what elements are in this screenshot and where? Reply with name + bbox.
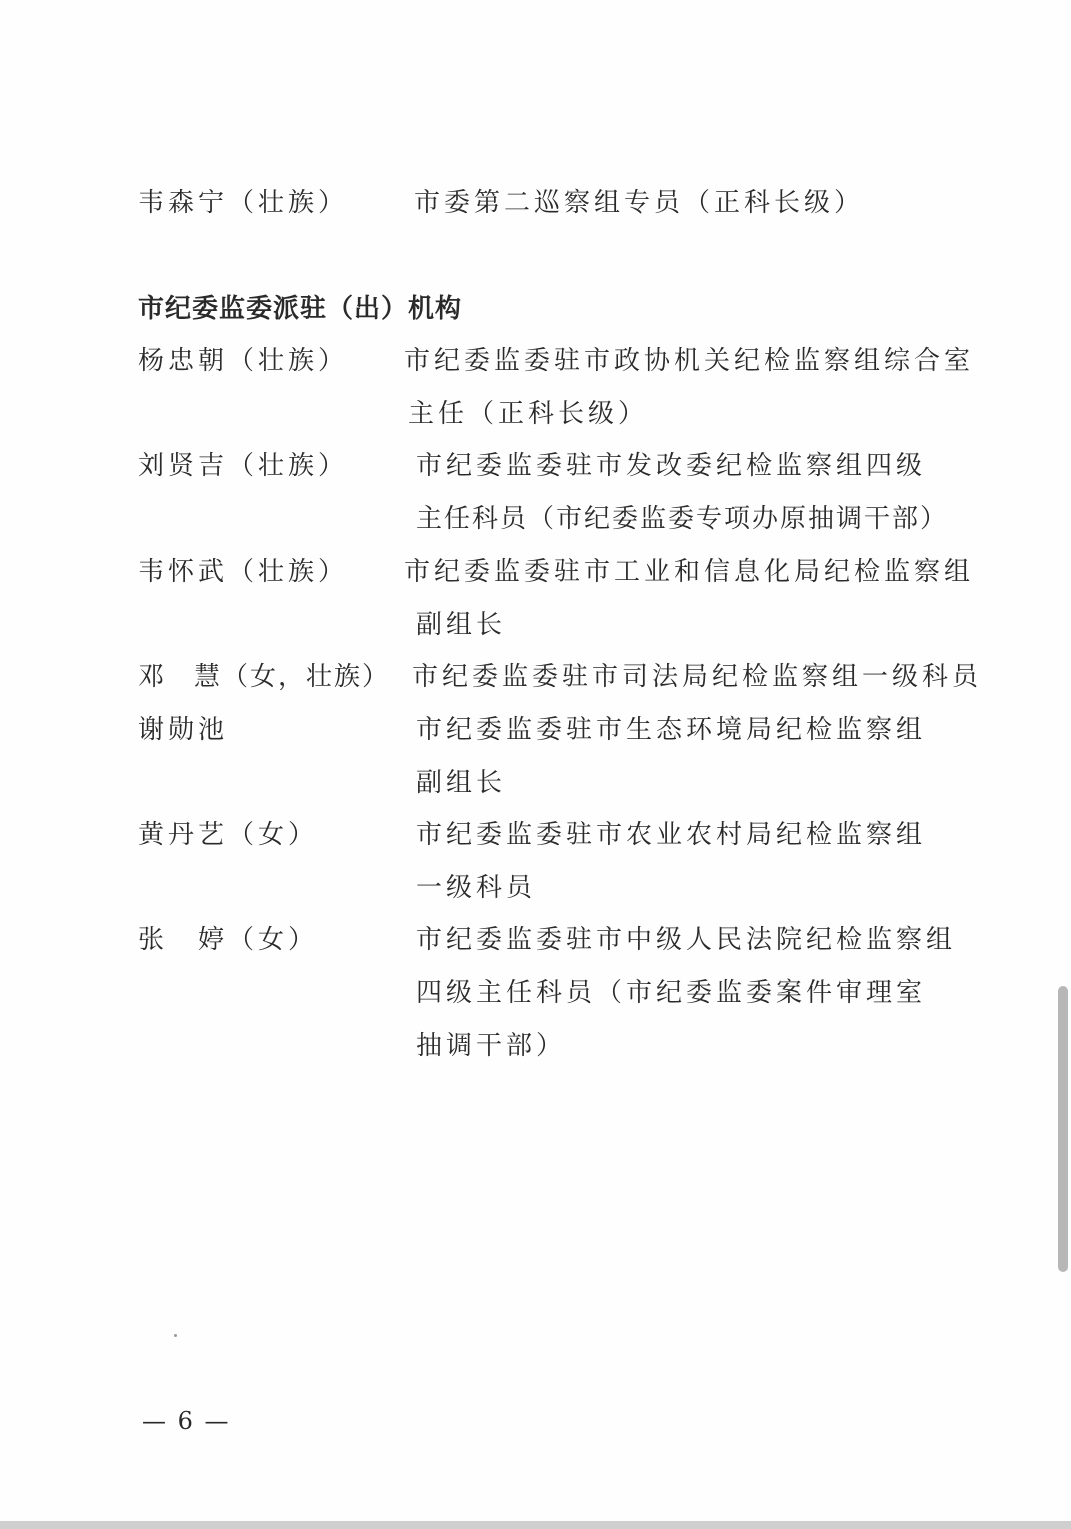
top-entry-name: 韦森宁（壮族） — [138, 186, 348, 220]
entry-position: 副组长 — [416, 608, 506, 642]
entry-position: 主任科员（市纪委监委专项办原抽调干部） — [416, 502, 948, 536]
entry-position: 市纪委监委驻市工业和信息化局纪检监察组 — [404, 555, 974, 589]
entry-position: 市纪委监委驻市发改委纪检监察组四级 — [416, 449, 926, 483]
entry-position: 副组长 — [416, 766, 506, 800]
entry-name: 黄丹艺（女） — [138, 818, 318, 852]
entry-position: 市纪委监委驻市生态环境局纪检监察组 — [416, 713, 926, 747]
section-heading: 市纪委监委派驻（出）机构 — [138, 292, 462, 326]
entry-name: 韦怀武（壮族） — [138, 555, 348, 589]
entry-position: 主任（正科长级） — [408, 397, 648, 431]
entry-name: 谢勋池 — [138, 713, 228, 747]
top-entry-position: 市委第二巡察组专员（正科长级） — [414, 186, 864, 220]
entry-position: 市纪委监委驻市农业农村局纪检监察组 — [416, 818, 926, 852]
page-number: — 6 — — [142, 1404, 231, 1438]
entry-name: 杨忠朝（壮族） — [138, 344, 348, 378]
entry-name: 张 婷（女） — [138, 923, 318, 957]
entry-position: 四级主任科员（市纪委监委案件审理室 — [416, 976, 926, 1010]
entry-position: 抽调干部） — [416, 1029, 566, 1063]
vertical-scrollbar[interactable] — [1058, 986, 1068, 1272]
document-page: 韦森宁（壮族） 市委第二巡察组专员（正科长级） 市纪委监委派驻（出）机构 杨忠朝… — [0, 0, 1071, 1521]
entry-position: 市纪委监委驻市中级人民法院纪检监察组 — [416, 923, 956, 957]
entry-name: 刘贤吉（壮族） — [138, 449, 348, 483]
entry-position: 市纪委监委驻市政协机关纪检监察组综合室 — [404, 344, 974, 378]
entry-name: 邓 慧（女，壮族） — [138, 660, 390, 694]
entry-position: 市纪委监委驻市司法局纪检监察组一级科员 — [412, 660, 982, 694]
bottom-edge-bar — [0, 1521, 1071, 1529]
scan-speck — [174, 1334, 177, 1337]
entry-position: 一级科员 — [416, 871, 536, 905]
